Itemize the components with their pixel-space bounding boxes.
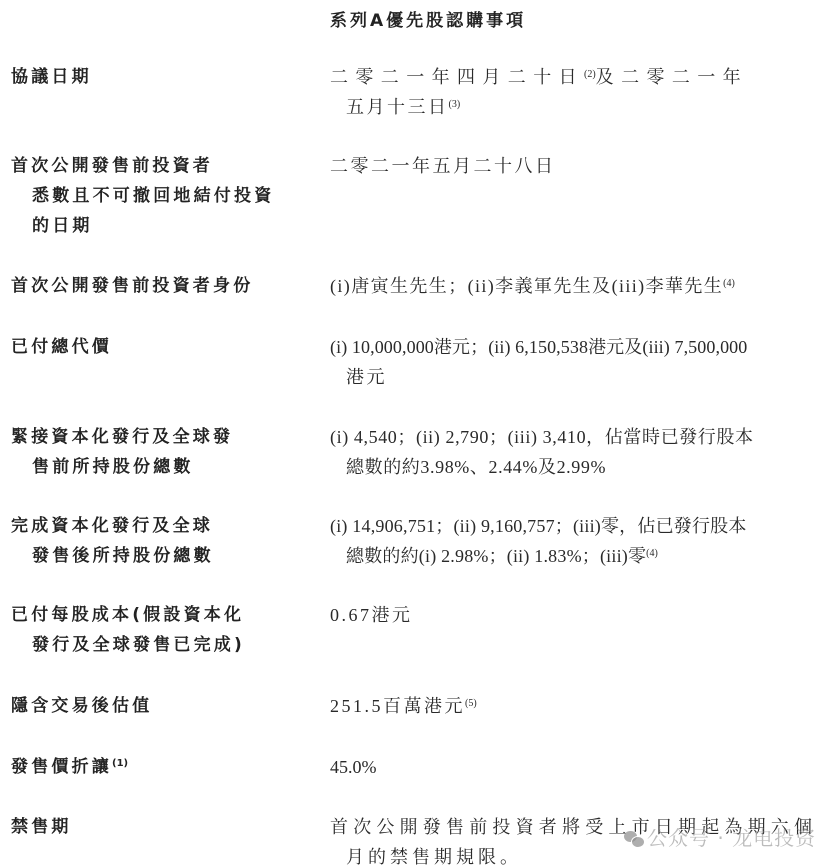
label-line: 發售後所持股份總數 [11, 541, 311, 571]
value-text: (i) 14,906,751；(ii) 9,160,757；(iii)零，佔已發… [330, 516, 747, 536]
row-label: 協議日期 [11, 62, 311, 92]
footnote-ref: (5) [465, 698, 477, 709]
label-line: 悉數且不可撤回地結付投資 [11, 181, 311, 211]
watermark: 公众号 · 龙电投资 [624, 822, 816, 851]
value-text: 0.67港元 [330, 605, 413, 625]
label-line: 售前所持股份總數 [11, 452, 311, 482]
label-line: 發行及全球發售已完成) [11, 630, 311, 660]
value-text: 總數的約(i) 2.98%；(ii) 1.83%；(iii)零 [346, 546, 646, 566]
label-line: 已付總代價 [11, 337, 112, 357]
label-line: 隱含交易後估值 [11, 696, 152, 716]
row-label: 禁售期 [11, 812, 311, 842]
page-title: 系列A優先股認購事項 [330, 6, 526, 31]
label-line: 發售價折讓 [11, 757, 112, 777]
value-text: 二零二一年五月二十八日 [330, 156, 556, 176]
row-label: 緊接資本化發行及全球發 售前所持股份總數 [11, 422, 311, 482]
row-value: (i) 14,906,751；(ii) 9,160,757；(iii)零，佔已發… [330, 511, 822, 571]
footnote-ref: (4) [646, 548, 658, 559]
row-label: 已付總代價 [11, 332, 311, 362]
row-value: 251.5百萬港元(5) [330, 691, 822, 721]
row-label: 首次公開發售前投資者身份 [11, 271, 311, 301]
label-line: 已付每股成本(假設資本化 [11, 605, 244, 625]
row-value: 0.67港元 [330, 600, 822, 630]
value-text: 總數的約3.98%、2.44%及2.99% [330, 452, 822, 482]
label-line: 協議日期 [11, 67, 92, 87]
footnote-ref: (3) [449, 99, 461, 110]
row-value: (i) 4,540；(ii) 2,790；(iii) 3,410，佔當時已發行股… [330, 422, 822, 482]
value-text: (i) 10,000,000港元；(ii) 6,150,538港元及(iii) … [330, 337, 747, 357]
watermark-text: 公众号 · 龙电投资 [647, 826, 816, 850]
value-text: 251.5百萬港元 [330, 696, 465, 716]
value-text: 港元 [330, 362, 822, 392]
row-label: 已付每股成本(假設資本化 發行及全球發售已完成) [11, 600, 311, 660]
footnote-ref: (1) [112, 758, 128, 769]
value-text: 及二零二一年 [596, 67, 748, 87]
row-value: 45.0% [330, 752, 822, 782]
label-line: 緊接資本化發行及全球發 [11, 427, 233, 447]
label-line: 首次公開發售前投資者身份 [11, 276, 253, 296]
row-value: 二零二一年五月二十八日 [330, 151, 822, 181]
value-text: 五月十三日 [346, 97, 449, 117]
row-label: 發售價折讓(1) [11, 752, 311, 782]
row-value: (i)唐寅生先生；(ii)李義軍先生及(iii)李華先生(4) [330, 271, 822, 301]
footnote-ref: (4) [723, 278, 735, 289]
row-value: (i) 10,000,000港元；(ii) 6,150,538港元及(iii) … [330, 332, 822, 392]
value-text: 二零二一年四月二十日 [330, 67, 584, 87]
row-label: 隱含交易後估值 [11, 691, 311, 721]
value-text: (i)唐寅生先生；(ii)李義軍先生及(iii)李華先生 [330, 276, 723, 296]
value-text: (i) 4,540；(ii) 2,790；(iii) 3,410，佔當時已發行股… [330, 427, 754, 447]
label-line: 首次公開發售前投資者 [11, 156, 213, 176]
label-line: 完成資本化發行及全球 [11, 516, 213, 536]
label-line: 的日期 [11, 211, 311, 241]
row-value: 二零二一年四月二十日(2)及二零二一年 五月十三日(3) [330, 62, 822, 122]
label-line: 禁售期 [11, 817, 72, 837]
row-label: 完成資本化發行及全球 發售後所持股份總數 [11, 511, 311, 571]
value-text: 45.0% [330, 757, 377, 777]
row-label: 首次公開發售前投資者 悉數且不可撤回地結付投資 的日期 [11, 151, 311, 241]
wechat-icon [624, 831, 644, 847]
footnote-ref: (2) [584, 69, 596, 80]
